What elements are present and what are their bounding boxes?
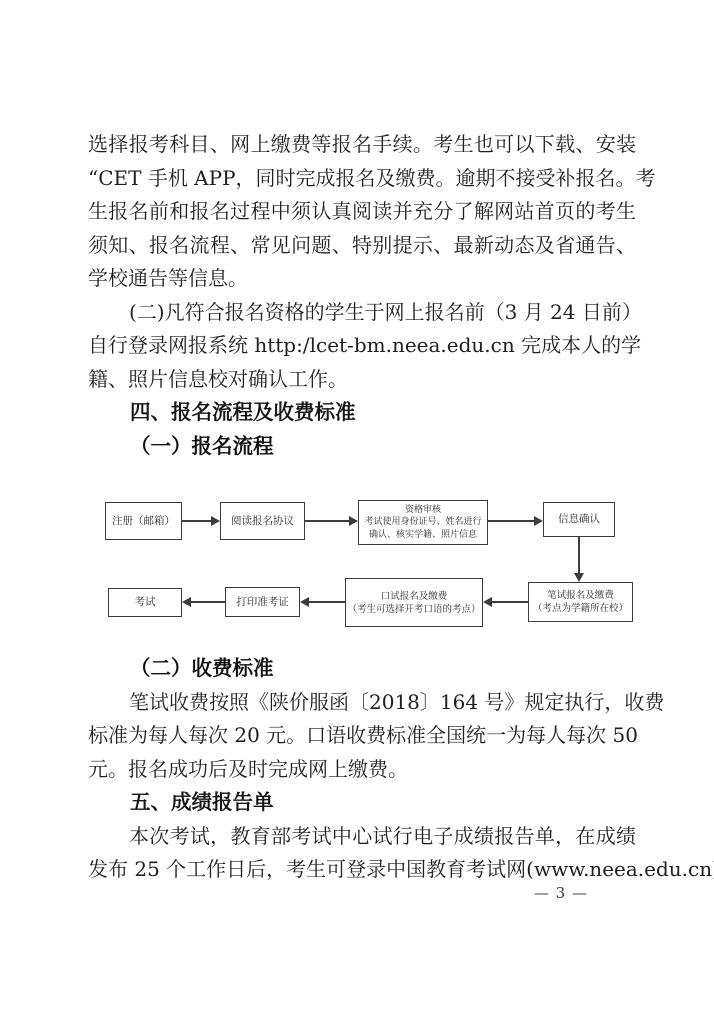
flow-node-read-agreement: 阅读报名协议 xyxy=(220,502,305,540)
body-text-upper: 选择报考科目、网上缴费等报名手续。考生也可以下载、安装“CET 手机 APP，同… xyxy=(88,128,636,463)
arrow-oral-to-print-icon xyxy=(309,601,345,603)
flow-node-oral-registration: 口试报名及缴费（考生可选择开考口语的考点） xyxy=(345,578,483,627)
paragraph-score-report: 本次考试，教育部考试中心试行电子成绩报告单，在成绩发布 25 个工作日后，考生可… xyxy=(88,820,636,887)
paragraph-registration-procedure: 选择报考科目、网上缴费等报名手续。考生也可以下载、安装“CET 手机 APP，同… xyxy=(88,128,636,296)
flow-node-qualification-review: 资格审核考试使用身份证号、姓名进行确认、核实学籍、照片信息 xyxy=(358,500,488,545)
flow-node-info-confirm: 信息确认 xyxy=(543,502,615,537)
arrow-confirm-to-written-icon xyxy=(578,537,580,573)
heading-4-1-registration-flow: （一）报名流程 xyxy=(88,430,636,464)
heading-4-2-fee-standard: （二）收费标准 xyxy=(88,652,636,686)
arrow-written-to-oral-icon xyxy=(492,601,528,603)
heading-section-5: 五、成绩报告单 xyxy=(88,786,636,820)
document-page: 选择报考科目、网上缴费等报名手续。考生也可以下载、安装“CET 手机 APP，同… xyxy=(0,0,714,1010)
body-text-lower: （二）收费标准 笔试收费按照《陕价服函〔2018〕164 号》规定执行，收费标准… xyxy=(88,652,636,887)
registration-flowchart: 注册（邮箱） 阅读报名协议 资格审核考试使用身份证号、姓名进行确认、核实学籍、照… xyxy=(85,490,645,640)
flow-node-print-ticket: 打印准考证 xyxy=(225,587,300,617)
paragraph-fee-standard: 笔试收费按照《陕价服函〔2018〕164 号》规定执行，收费标准为每人每次 20… xyxy=(88,686,636,787)
arrow-print-to-exam-icon xyxy=(191,601,225,603)
arrow-review-to-confirm-icon xyxy=(488,520,534,522)
arrow-register-to-agreement-icon xyxy=(182,520,211,522)
paragraph-qualification-confirmation: (二)凡符合报名资格的学生于网上报名前（3 月 24 日前）自行登录网报系统 h… xyxy=(88,296,636,397)
flow-node-written-registration: 笔试报名及缴费（考点为学籍所在校） xyxy=(528,582,633,622)
page-number: — 3 — xyxy=(534,884,588,902)
flow-node-exam: 考试 xyxy=(108,588,182,617)
flow-node-register: 注册（邮箱） xyxy=(105,502,182,540)
arrow-agreement-to-review-icon xyxy=(305,520,349,522)
heading-section-4: 四、报名流程及收费标准 xyxy=(88,396,636,430)
